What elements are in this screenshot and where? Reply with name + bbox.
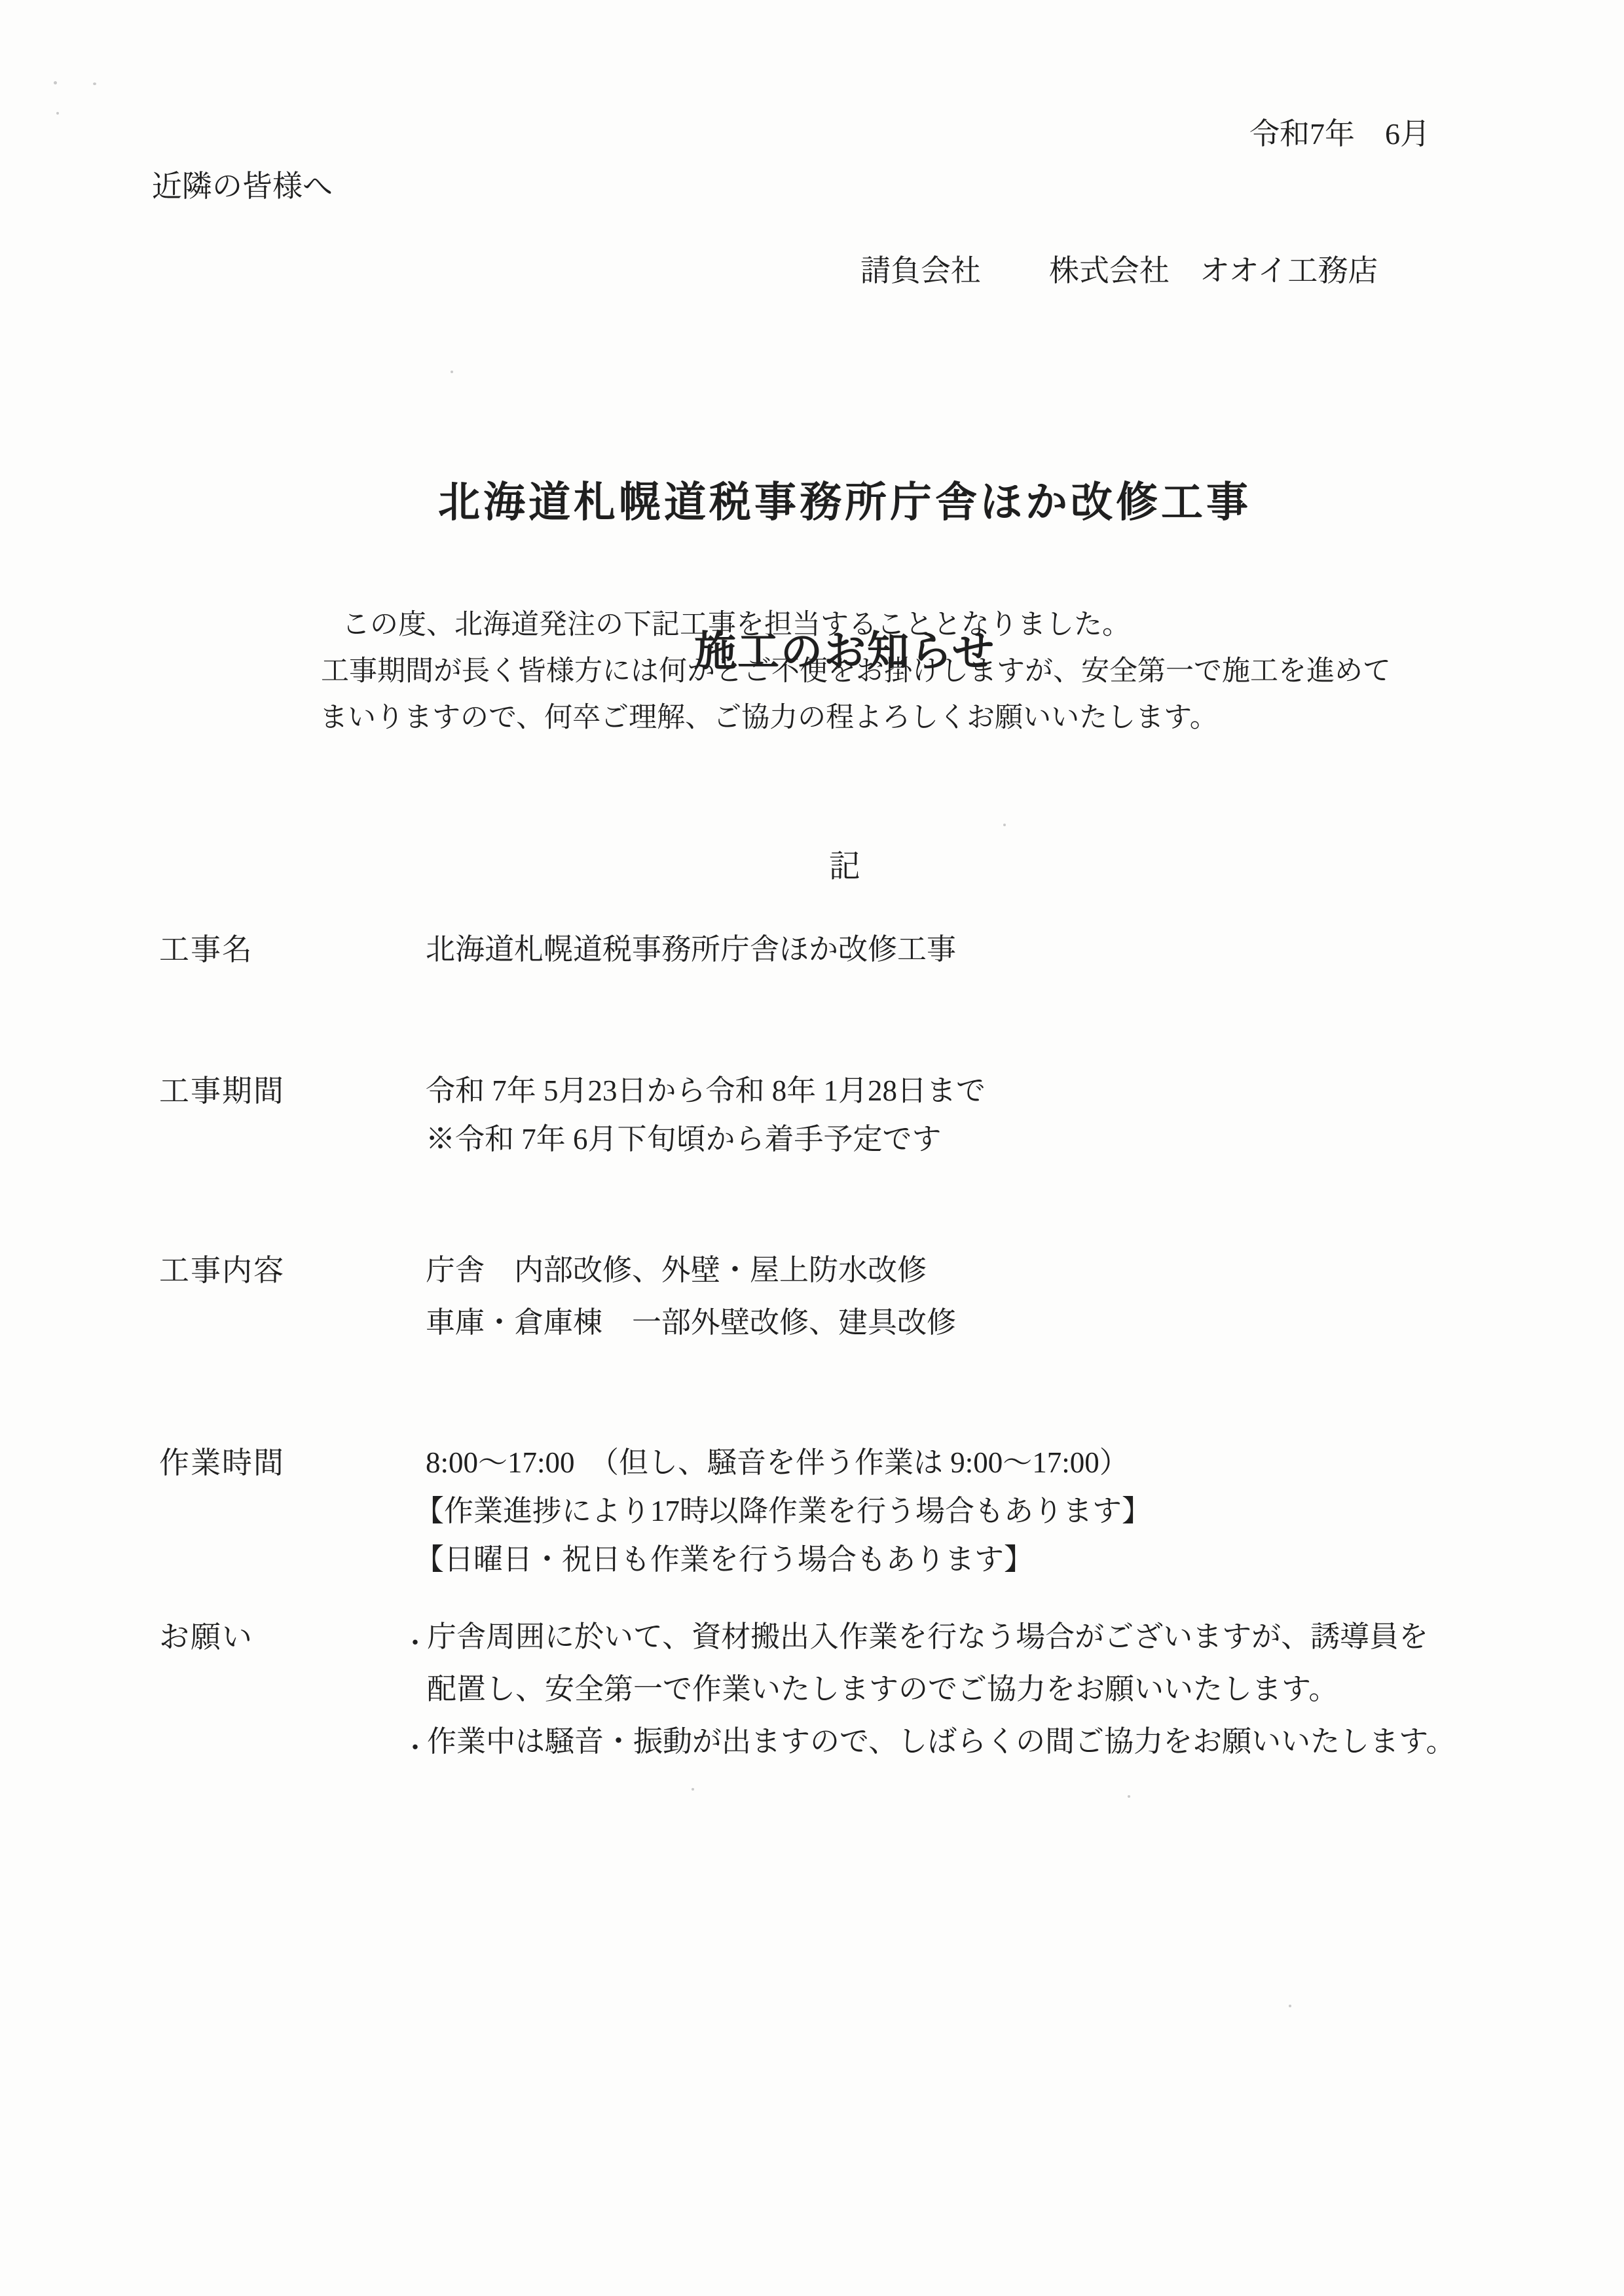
row-value-work-hours-3: 【日曜日・祝日も作業を行う場合もあります】 [415,1541,1033,1578]
record-mark: 記 [33,841,1624,886]
contractor-name: 株式会社 オオイ工務店 [1049,254,1378,287]
intro-line-2: 工事期間が長く皆様方には何かとご不便をお掛けしますが、安全第一で施工を進めて [321,654,1391,689]
contractor-label: 請負会社 [860,254,981,287]
scan-speck [1003,824,1006,826]
row-value-construction-name: 北海道札幌道税事務所庁舎ほか改修工事 [426,931,956,968]
row-value-construction-content-1: 庁舎 内部改修、外壁・屋上防水改修 [426,1252,927,1288]
row-value-construction-content-2: 車庫・倉庫棟 一部外壁改修、建具改修 [426,1304,956,1341]
request-bullet-1-line-2: 配置し、安全第一で作業いたしますのでご協力をお願いいたします。 [427,1671,1338,1707]
row-value-work-hours-1: 8:00～17:00 （但し、騒音を伴う作業は 9:00～17:00） [426,1444,1129,1481]
scan-speck [1128,1795,1130,1798]
request-bullet-1-line-1: 庁舎周囲に於いて、資材搬出入作業を行なう場合がございますが、誘導員を [427,1618,1428,1655]
row-value-construction-period-2: ※令和 7年 6月下旬頃から着手予定です [426,1121,942,1157]
row-label-construction-name: 工事名 [159,931,253,969]
recipient-line: 近隣の皆様へ [152,168,333,206]
construction-notice-page: 令和7年 6月 近隣の皆様へ 請負会社株式会社 オオイ工務店 北海道札幌道税事務… [0,0,1624,2296]
scan-speck [451,371,453,373]
request-bullet-2: 作業中は騒音・振動が出ますので、しばらくの間ご協力をお願いいたします。 [427,1723,1456,1760]
document-date: 令和7年 6月 [1249,115,1430,153]
intro-line-3: まいりますので、何卒ご理解、ご協力の程よろしくお願いいたします。 [320,701,1218,736]
bullet-icon: ・ [402,1727,428,1764]
title-line-1: 北海道札幌道税事務所庁舎ほか改修工事 [33,478,1624,528]
row-label-request: お願い [159,1618,253,1656]
row-label-construction-period: 工事期間 [159,1072,285,1110]
intro-line-1: この度、北海道発注の下記工事を担当することとなりました。 [342,608,1130,643]
scan-speck [54,81,57,84]
row-label-work-hours: 作業時間 [159,1444,285,1482]
scan-speck [1289,2005,1291,2007]
row-value-construction-period-1: 令和 7年 5月23日から令和 8年 1月28日まで [426,1072,986,1109]
bullet-icon: ・ [402,1622,428,1660]
scan-speck [56,112,59,115]
row-value-work-hours-2: 【作業進捗により17時以降作業を行う場合もあります】 [415,1493,1151,1529]
scan-speck [93,82,96,85]
scan-speck [692,1788,694,1791]
row-label-construction-content: 工事内容 [159,1252,285,1290]
contractor-line: 請負会社株式会社 オオイ工務店 [830,212,1378,325]
